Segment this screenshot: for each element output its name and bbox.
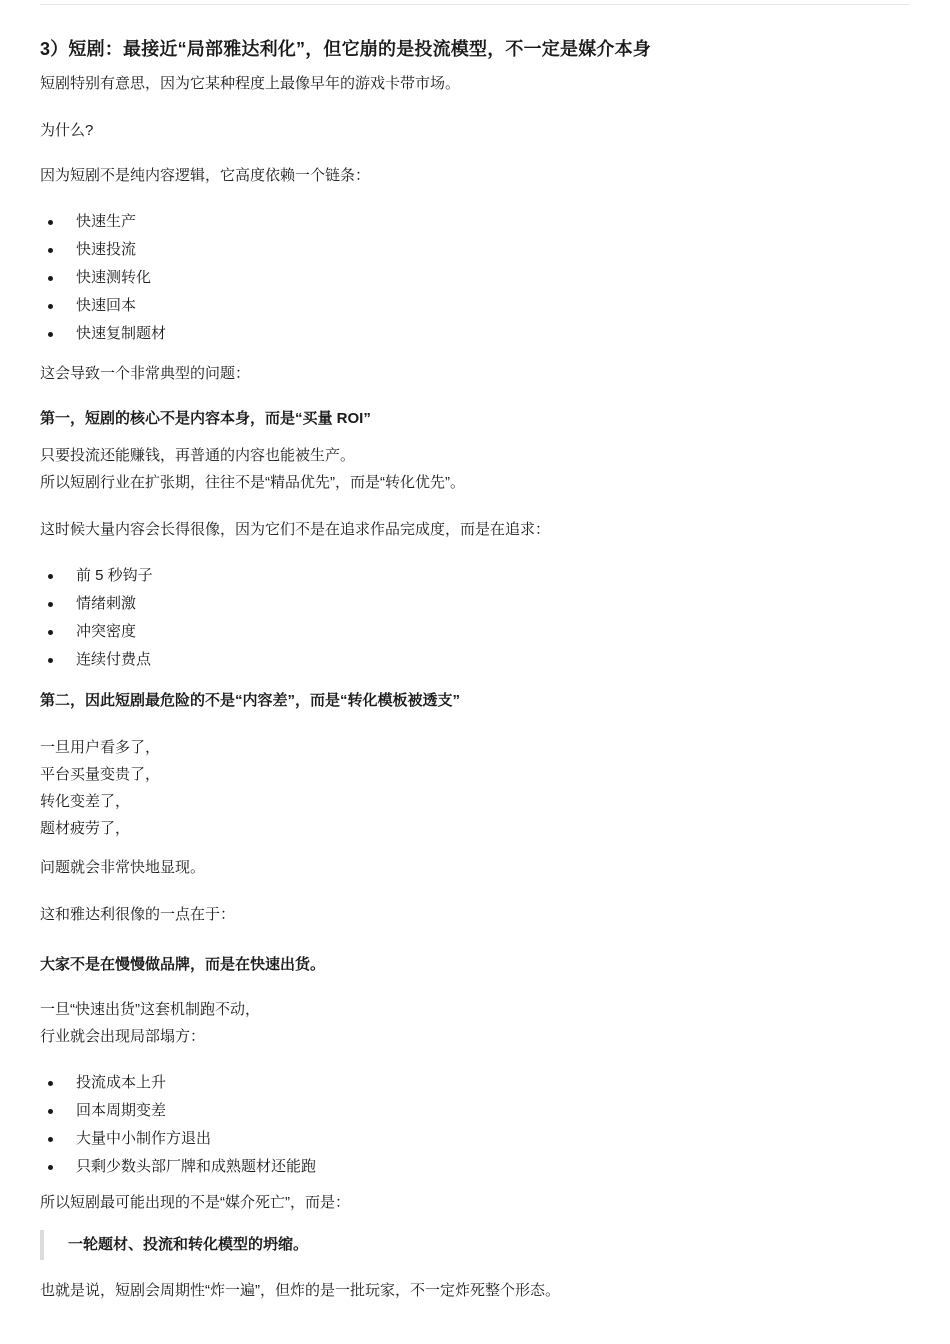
document-page: { "page": { "background": "#ffffff", "te… bbox=[0, 4, 950, 1344]
paragraph-line: 行业就会出现局部塌方： bbox=[40, 1028, 205, 1045]
blockquote-text: 一轮题材、投流和转化模型的坍缩。 bbox=[68, 1231, 910, 1259]
bullet-list-chain: 快速生产 快速投流 快速测转化 快速回本 快速复制题材 bbox=[40, 208, 910, 348]
paragraph-final: 也就是说，短剧会周期性“炸一遍”，但炸的是一批玩家，不一定炸死整个形态。 bbox=[40, 1277, 910, 1304]
paragraph-typical: 这会导致一个非常典型的问题： bbox=[40, 360, 910, 387]
bullet-list-pursuit: 前 5 秒钩子 情绪刺激 冲突密度 连续付费点 bbox=[40, 562, 910, 674]
list-item: 连续付费点 bbox=[48, 646, 910, 674]
paragraph-line: 转化变差了， bbox=[40, 793, 130, 810]
section-heading: 3）短剧：最接近“局部雅达利化”，但它崩的是投流模型，不一定是媒介本身 bbox=[40, 36, 910, 62]
list-item: 回本周期变差 bbox=[48, 1097, 910, 1125]
paragraph-problem: 问题就会非常快地显现。 bbox=[40, 854, 910, 881]
list-item: 快速回本 bbox=[48, 292, 910, 320]
paragraph-line: 只要投流还能赚钱，再普通的内容也能被生产。 bbox=[40, 447, 355, 464]
list-item: 快速复制题材 bbox=[48, 320, 910, 348]
blockquote: 一轮题材、投流和转化模型的坍缩。 bbox=[40, 1230, 910, 1260]
paragraph-line: 题材疲劳了， bbox=[40, 820, 130, 837]
paragraph-intro: 短剧特别有意思，因为它某种程度上最像早年的游戏卡带市场。 bbox=[40, 70, 910, 97]
paragraph-line: 平台买量变贵了， bbox=[40, 766, 160, 783]
list-item: 大量中小制作方退出 bbox=[48, 1125, 910, 1153]
paragraph-chain: 因为短剧不是纯内容逻辑，它高度依赖一个链条： bbox=[40, 162, 910, 189]
paragraph-line: 一旦用户看多了， bbox=[40, 739, 160, 756]
list-item: 情绪刺激 bbox=[48, 590, 910, 618]
list-item: 快速测转化 bbox=[48, 264, 910, 292]
paragraph-line: 一旦“快速出货”这套机制跑不动， bbox=[40, 1001, 260, 1018]
paragraph-once: 一旦用户看多了，平台买量变贵了，转化变差了，题材疲劳了， bbox=[40, 734, 910, 842]
list-item: 快速生产 bbox=[48, 208, 910, 236]
list-item: 快速投流 bbox=[48, 236, 910, 264]
subheading-first: 第一，短剧的核心不是内容本身，而是“买量 ROI” bbox=[40, 405, 910, 432]
paragraph-why: 为什么? bbox=[40, 117, 910, 144]
paragraph-line: 所以短剧行业在扩张期，往往不是“精品优先”，而是“转化优先”。 bbox=[40, 474, 465, 491]
paragraph-mechanism: 一旦“快速出货”这套机制跑不动，行业就会出现局部塌方： bbox=[40, 996, 910, 1050]
paragraph-first: 只要投流还能赚钱，再普通的内容也能被生产。所以短剧行业在扩张期，往往不是“精品优… bbox=[40, 442, 910, 496]
list-item: 冲突密度 bbox=[48, 618, 910, 646]
paragraph-not-death: 所以短剧最可能出现的不是“媒介死亡”，而是： bbox=[40, 1189, 910, 1216]
top-divider bbox=[40, 4, 910, 5]
article-body: 3）短剧：最接近“局部雅达利化”，但它崩的是投流模型，不一定是媒介本身 短剧特别… bbox=[0, 4, 950, 1304]
list-item: 前 5 秒钩子 bbox=[48, 562, 910, 590]
subheading-second: 第二，因此短剧最危险的不是“内容差”，而是“转化模板被透支” bbox=[40, 687, 910, 714]
paragraph-pursuit: 这时候大量内容会长得很像，因为它们不是在追求作品完成度，而是在追求： bbox=[40, 516, 910, 543]
list-item: 只剩少数头部厂牌和成熟题材还能跑 bbox=[48, 1153, 910, 1181]
paragraph-atari: 这和雅达利很像的一点在于： bbox=[40, 901, 910, 928]
list-item: 投流成本上升 bbox=[48, 1069, 910, 1097]
bullet-list-collapse: 投流成本上升 回本周期变差 大量中小制作方退出 只剩少数头部厂牌和成熟题材还能跑 bbox=[40, 1069, 910, 1181]
paragraph-ship-bold: 大家不是在慢慢做品牌，而是在快速出货。 bbox=[40, 951, 910, 978]
